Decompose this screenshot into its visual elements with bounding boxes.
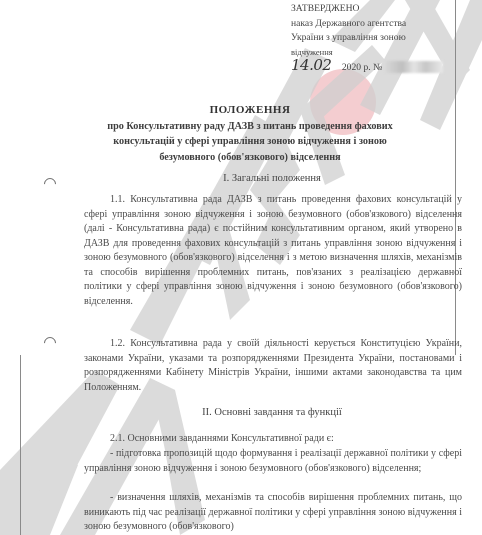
list-item: - визначення шляхів, механізмів та спосо… [84, 491, 462, 535]
title-sub: безумовного (обов'язкового) відселення [82, 150, 418, 166]
approval-line: ЗАТВЕРДЖЕНО [291, 2, 443, 17]
approval-line: України з управління зоною [291, 31, 443, 46]
section-heading: ІІ. Основні завдання та функції [82, 407, 462, 418]
title-sub: консультацій у сфері управління зоною ві… [82, 134, 418, 150]
handwritten-date: 14.02 [291, 56, 331, 74]
approval-line: наказ Державного агентства [291, 17, 443, 32]
approval-stamp: ЗАТВЕРДЖЕНО наказ Державного агентства У… [291, 2, 443, 75]
paragraph-2-1: 2.1. Основними завданнями Консультативно… [84, 432, 462, 447]
approval-date: 14.02 2020 р. № [291, 58, 443, 76]
date-year: 2020 р. № [342, 62, 382, 73]
title-sub: про Консультативну раду ДАЗВ з питань пр… [82, 119, 418, 135]
section-heading: І. Загальні положення [82, 173, 462, 184]
document-title: ПОЛОЖЕННЯ про Консультативну раду ДАЗВ з… [82, 103, 418, 165]
list-item: - підготовка пропозицій щодо формування … [84, 447, 462, 476]
paragraph-1-2: 1.2. Консультативна рада у своїй діяльно… [84, 337, 462, 395]
document-page: ЗАТВЕРДЖЕНО наказ Державного агентства У… [0, 0, 482, 535]
redacted-number [385, 61, 443, 73]
title-main: ПОЛОЖЕННЯ [82, 103, 418, 119]
paragraph-1-1: 1.1. Консультативна рада ДАЗВ з питань п… [84, 193, 462, 309]
